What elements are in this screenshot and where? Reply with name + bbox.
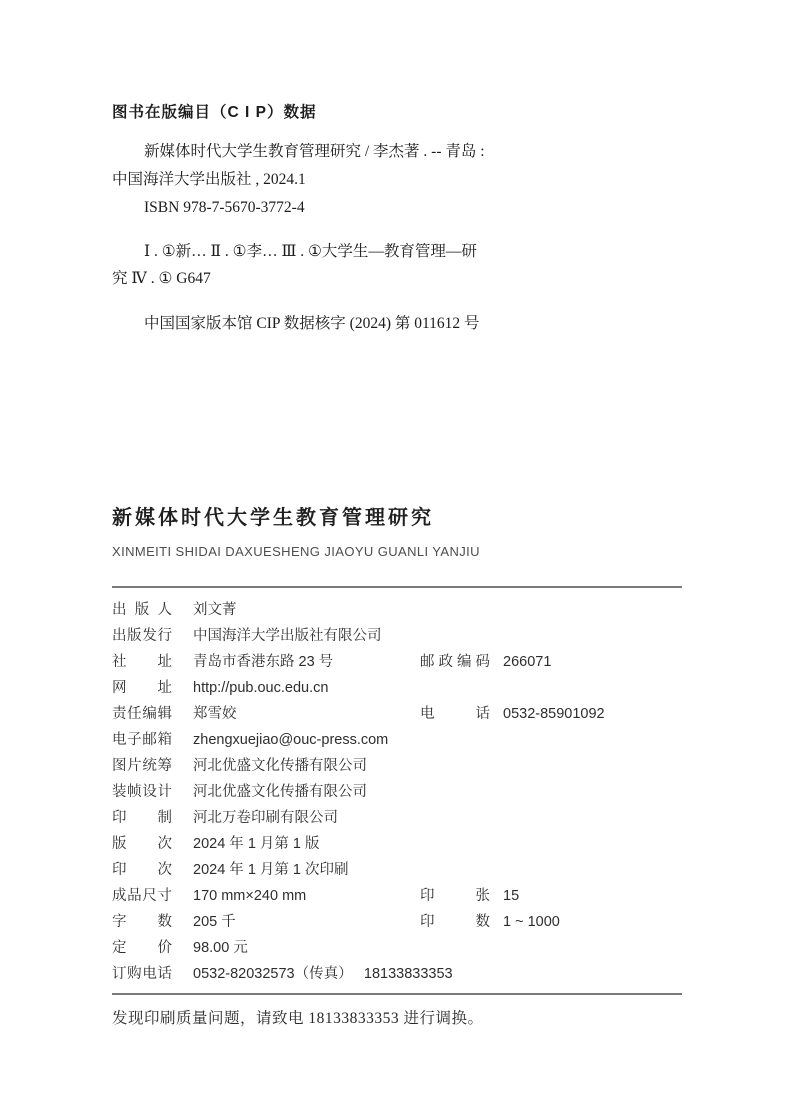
colophon-row-address: 社址青岛市香港东路 23 号 邮政编码266071 [112, 649, 712, 675]
colophon-value: 郑雪姣 [193, 706, 237, 722]
colophon-label: 出版发行 [112, 623, 172, 649]
colophon-label: 责任编辑 [112, 701, 172, 727]
colophon-row-order-phone: 订购电话0532-82032573（传真） 18133833353 [112, 961, 712, 987]
colophon-value-printrun: 1 ~ 1000 [503, 909, 560, 935]
cip-entry-block: 新媒体时代大学生教育管理研究 / 李杰著 . -- 青岛 : 中国海洋大学出版社… [112, 138, 592, 222]
colophon-label-phone: 电话 [420, 701, 490, 727]
cip-entry-line1: 新媒体时代大学生教育管理研究 / 李杰著 . -- 青岛 : [112, 138, 592, 166]
colophon-label: 出版人 [112, 597, 172, 623]
colophon-value: 中国海洋大学出版社有限公司 [193, 628, 382, 644]
cip-record-number: 中国国家版本馆 CIP 数据核字 (2024) 第 011612 号 [112, 311, 480, 333]
colophon-row-price: 定价98.00 元 [112, 935, 712, 961]
colophon-value: 青岛市香港东路 23 号 [193, 654, 333, 670]
colophon-row-impression: 印次2024 年 1 月第 1 次印刷 [112, 857, 712, 883]
cip-classification-block: Ⅰ . ①新… Ⅱ . ①李… Ⅲ . ①大学生—教育管理—研 究 Ⅳ . ① … [112, 238, 592, 292]
colophon-row-printer: 印制河北万卷印刷有限公司 [112, 805, 712, 831]
cip-classification-line1: Ⅰ . ①新… Ⅱ . ①李… Ⅲ . ①大学生—教育管理—研 [112, 238, 592, 265]
cip-classification-line2: 究 Ⅳ . ① G647 [112, 265, 592, 292]
colophon-value: 河北万卷印刷有限公司 [193, 810, 338, 826]
colophon-value: 河北优盛文化传播有限公司 [193, 784, 367, 800]
divider-top [112, 586, 682, 588]
colophon-value-phone: 0532-85901092 [503, 701, 605, 727]
colophon-label-printrun: 印数 [420, 909, 490, 935]
colophon-label: 定价 [112, 935, 172, 961]
colophon-value: 98.00 元 [193, 940, 248, 956]
colophon-row-wordcount: 字数205 千 印数1 ~ 1000 [112, 909, 712, 935]
cip-entry-line2: 中国海洋大学出版社 , 2024.1 [112, 166, 592, 194]
colophon-label: 网址 [112, 675, 172, 701]
colophon-row-email: 电子邮箱zhengxuejiao@ouc-press.com [112, 727, 712, 753]
colophon-row-edition: 版次2024 年 1 月第 1 版 [112, 831, 712, 857]
colophon-value: 205 千 [193, 914, 236, 930]
colophon-label: 装帧设计 [112, 779, 172, 805]
colophon-row-picture-coordinator: 图片统筹河北优盛文化传播有限公司 [112, 753, 712, 779]
colophon-row-design: 装帧设计河北优盛文化传播有限公司 [112, 779, 712, 805]
colophon-label-postcode: 邮政编码 [420, 649, 490, 675]
book-title-pinyin: XINMEITI SHIDAI DAXUESHENG JIAOYU GUANLI… [112, 544, 480, 559]
colophon-label: 印次 [112, 857, 172, 883]
colophon-value: 170 mm×240 mm [193, 888, 306, 904]
colophon-value-email: zhengxuejiao@ouc-press.com [193, 732, 388, 748]
colophon-label: 成品尺寸 [112, 883, 172, 909]
colophon-row-publisher: 出版发行中国海洋大学出版社有限公司 [112, 623, 712, 649]
colophon-label: 电子邮箱 [112, 727, 172, 753]
cip-isbn: ISBN 978-7-5670-3772-4 [112, 194, 592, 222]
colophon-row-website: 网址http://pub.ouc.edu.cn [112, 675, 712, 701]
colophon-label: 社址 [112, 649, 172, 675]
copyright-page: 图书在版编目（C I P）数据 新媒体时代大学生教育管理研究 / 李杰著 . -… [0, 0, 799, 1118]
colophon-label: 版次 [112, 831, 172, 857]
colophon-value: 河北优盛文化传播有限公司 [193, 758, 367, 774]
colophon-list: 出版人刘文菁 出版发行中国海洋大学出版社有限公司 社址青岛市香港东路 23 号 … [112, 597, 712, 987]
colophon-label: 印制 [112, 805, 172, 831]
print-quality-note: 发现印刷质量问题，请致电 18133833353 进行调换。 [112, 1006, 484, 1028]
colophon-label: 图片统筹 [112, 753, 172, 779]
colophon-label: 订购电话 [112, 961, 172, 987]
cip-heading: 图书在版编目（C I P）数据 [112, 100, 316, 122]
colophon-value-order-phone: 0532-82032573（传真） 18133833353 [193, 966, 453, 982]
colophon-label: 字数 [112, 909, 172, 935]
colophon-value: 刘文菁 [193, 602, 237, 618]
colophon-row-publisher-person: 出版人刘文菁 [112, 597, 712, 623]
colophon-value-url: http://pub.ouc.edu.cn [193, 680, 328, 696]
colophon-value: 2024 年 1 月第 1 版 [193, 836, 320, 852]
colophon-row-editor: 责任编辑郑雪姣 电话0532-85901092 [112, 701, 712, 727]
colophon-value: 2024 年 1 月第 1 次印刷 [193, 862, 349, 878]
colophon-label-sheets: 印张 [420, 883, 490, 909]
book-title: 新媒体时代大学生教育管理研究 [112, 501, 434, 530]
colophon-value-postcode: 266071 [503, 649, 551, 675]
divider-bottom [112, 993, 682, 995]
colophon-row-size: 成品尺寸170 mm×240 mm 印张15 [112, 883, 712, 909]
colophon-value-sheets: 15 [503, 883, 519, 909]
